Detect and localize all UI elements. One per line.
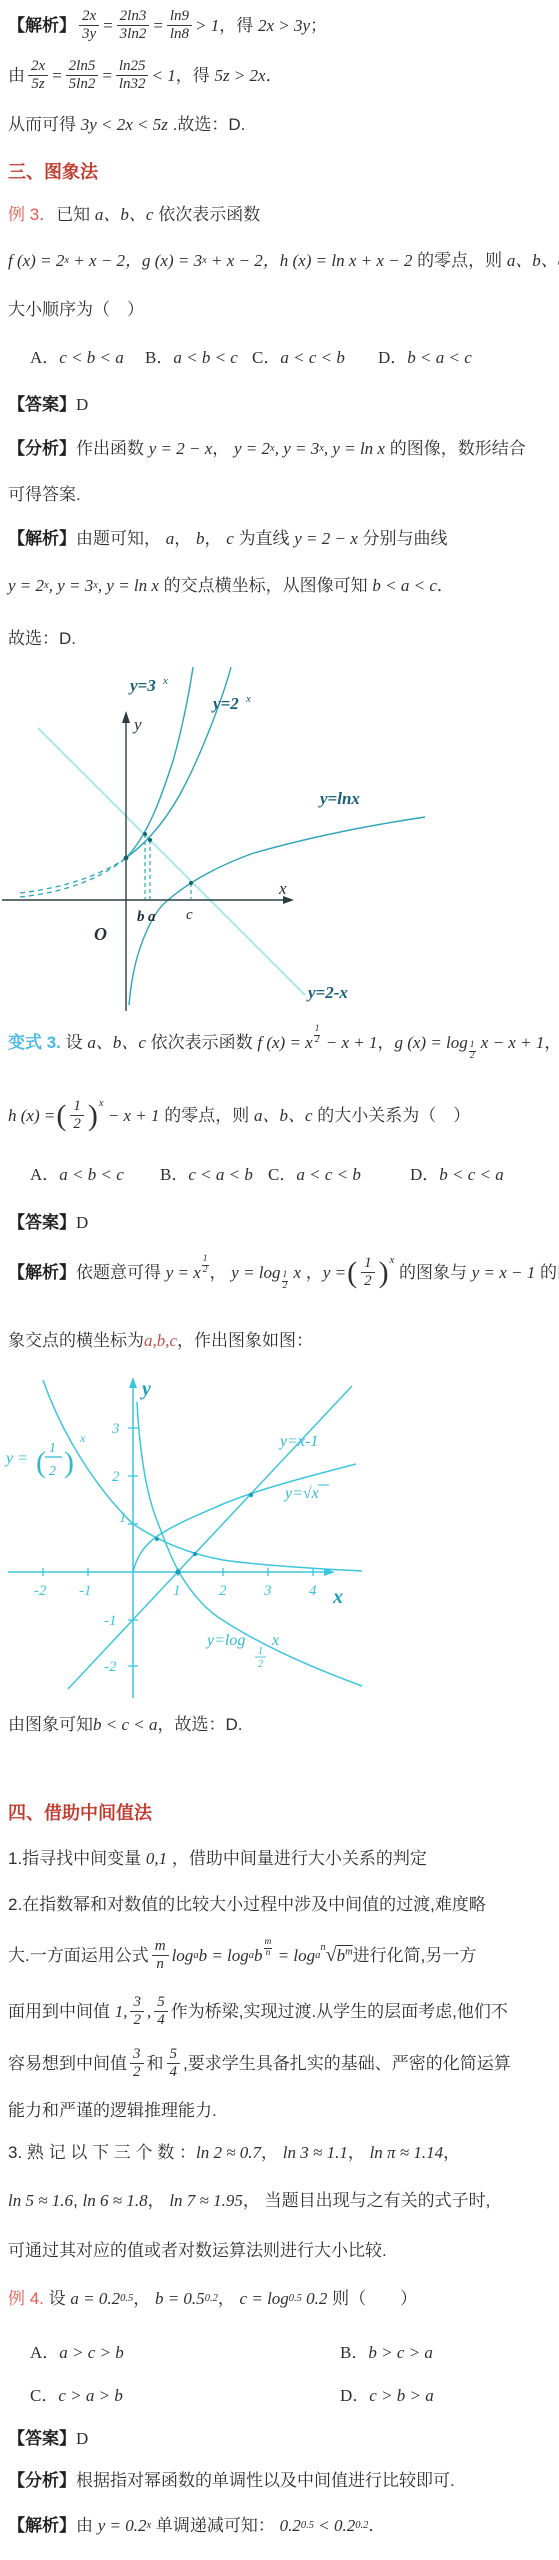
text-segment: 大小顺序为（ ） (8, 299, 144, 320)
math-segment: = (101, 65, 112, 86)
solution-fraction-line-2: 由 2x5z = 2ln55ln2 = ln25ln32 < 1 ，得 5z >… (8, 58, 555, 94)
fraction-denominator: 4 (167, 2064, 181, 2081)
fraction-numerator: ln25 (116, 58, 149, 76)
math-segment: a (166, 528, 175, 549)
text-segment: 设 (44, 2288, 70, 2309)
x-tick-label: -1 (79, 1583, 92, 1599)
text-segment: 容易想到中间值 (8, 2053, 127, 2074)
fraction-denominator: 2 (314, 1036, 321, 1046)
math-segment: b < a < c (372, 575, 437, 596)
fraction-denominator: 3y (79, 26, 99, 43)
fraction-numerator: 3 (130, 2046, 144, 2064)
graph-exp-log-lines: y=3 x y=2 x y y=lnx x O b a c y=2-x (0, 663, 430, 1015)
fraction: ln25ln32 (116, 58, 149, 94)
math-segment: y = (323, 1262, 346, 1283)
math-segment: y = x − 1 (472, 1262, 536, 1283)
exponent: 0.5 (301, 2519, 314, 2532)
fraction: 2ln33ln2 (117, 8, 150, 44)
curve-y-3x-tail (20, 858, 126, 897)
option-a: A．c < b < a (30, 347, 145, 368)
text-segment: 能力和严谨的逻辑推理能力. (8, 2100, 217, 2121)
text-segment: 面用到中间值 (8, 2001, 115, 2022)
option-value: b > c > a (368, 2342, 433, 2363)
math-segment: x (289, 1262, 301, 1283)
text-segment: ， 当题目出现与之有关的式子时, (243, 2190, 490, 2211)
option-b: B．c < a < b (160, 1164, 268, 1185)
solution-line-3b: 象交点的横坐标为 a,b,c ，作出图象如图： (8, 1330, 555, 1351)
text-segment: ， (377, 1032, 394, 1053)
exponent: 0.2 (205, 2292, 218, 2305)
heading-text: 三、图象法 (8, 161, 98, 184)
choose-line-1: 故选：D. (8, 628, 555, 649)
example4-options-ab: A．a > c > b B．b > c > a (8, 2342, 555, 2363)
text-segment: 依次表示函数 (146, 1032, 257, 1053)
label-log-sub-den: 2 (258, 1659, 263, 1670)
option-letter: A． (30, 2342, 59, 2363)
root-index: n (320, 1941, 325, 1954)
text-segment: ， (133, 2288, 155, 2309)
example3-intro: 例 3． 已知 a、b、c 依次表示函数 (8, 204, 555, 225)
math-segment: h (x) = (8, 1105, 55, 1126)
text-segment: 的交点横坐标，从图像可知 (159, 575, 372, 596)
heading-text: 四、借助中间值法 (8, 1802, 152, 1825)
math-segment: log (172, 1945, 194, 1966)
option-value: b < c < a (439, 1164, 504, 1185)
fraction-denominator: 5ln2 (66, 76, 99, 93)
math-segment: y = x (166, 1262, 201, 1283)
answer-label: 【答案】 (8, 1212, 76, 1233)
y-axis-label: y (132, 715, 142, 734)
option-letter: A． (30, 1164, 59, 1185)
option-letter: C． (268, 1164, 296, 1185)
label-y-2x: y=2 (211, 694, 239, 713)
math-segment: a、b、c (507, 250, 559, 271)
option-letter: C． (30, 2385, 58, 2406)
text-segment: ． (368, 2515, 385, 2536)
option-letter: D． (410, 1164, 439, 1185)
label-exp-sup: x (79, 1431, 86, 1445)
math-segment: 0,1 (146, 1848, 167, 1869)
y-tick-label: 3 (111, 1421, 120, 1437)
math-segment: 1, (115, 2001, 128, 2022)
example3-options: A．c < b < a B．a < b < c C．a < c < b D．b … (8, 347, 555, 368)
x-tick-label: -2 (34, 1583, 47, 1599)
fraction-numerator: 2x (28, 58, 48, 76)
note-line-4: 容易想到中间值 32 和 54 ,要求学生具备扎实的基础、严密的化简运算 (8, 2046, 555, 2082)
jiexi-label: 【解析】 (8, 15, 76, 36)
graph-variant3-curves: y = ( 1 2 ) x y=x-1 y=√x y=log 1 2 x x y… (0, 1372, 440, 1704)
math-segment: y = log (231, 1262, 280, 1283)
option-letter: B． (340, 2342, 368, 2363)
y-axis-arrow (129, 1377, 137, 1388)
fraction: 32 (130, 2046, 144, 2082)
fraction-denominator: ln32 (116, 76, 149, 93)
curve-y-2-minus-x (38, 728, 305, 995)
point-b-label: b (137, 909, 145, 925)
example4-tag: 例 4. (8, 2288, 44, 2309)
math-segment: + x − 2， (69, 250, 142, 271)
option-c: C．a < c < b (268, 1164, 410, 1185)
note-line-5: 能力和严谨的逻辑推理能力. (8, 2100, 555, 2121)
fraction: 2x5z (28, 58, 48, 94)
text-segment: ， (348, 2142, 370, 2163)
radicand: bm (337, 1945, 353, 1966)
log-base: 0.5 (289, 2292, 302, 2305)
note-line-2: 2.在指数幂和对数值的比较大小过程中涉及中间值的过渡,难度略 (8, 1894, 555, 1915)
exponent-fraction: mn (264, 1938, 273, 1959)
math-segment: a、b、c (87, 1032, 146, 1053)
intersection-dot-a (148, 838, 152, 842)
text-segment: 和 (147, 2053, 164, 2074)
option-value: c < b < a (59, 347, 124, 368)
label-y-lnx: y=lnx (318, 789, 360, 808)
label-y-3x: y=3 (128, 676, 156, 695)
text-segment: 的图 (535, 1262, 559, 1283)
abc-red-text: a,b,c (144, 1330, 177, 1351)
math-segment: = (102, 15, 113, 36)
text-segment: 可得答案. (8, 484, 81, 505)
radical-sign: √ (326, 1943, 337, 1968)
math-segment: = log (273, 1945, 315, 1966)
fraction-denominator: ln8 (167, 26, 192, 43)
text-segment: ， (210, 1262, 232, 1283)
math-segment: c (226, 528, 234, 549)
text-segment: 单调递减可知： (151, 2515, 279, 2536)
intersection-dot-b (143, 832, 147, 836)
fraction: 54 (167, 2046, 181, 2082)
y-tick-label: -2 (104, 1659, 117, 1675)
math-segment: 0.2 (302, 2288, 328, 2309)
note-line-8: 可通过其对应的值或者对数运算法则进行大小比较. (8, 2240, 555, 2261)
intersection-dot-b (175, 1569, 180, 1574)
label-y-3x-sup: x (162, 675, 168, 687)
x-axis-label: x (278, 879, 287, 898)
math-segment: + x − 2， (207, 250, 280, 271)
fraction-numerator: 2ln5 (66, 58, 99, 76)
fraction-denominator: n (265, 1949, 272, 1959)
fraction-denominator: 2 (130, 2064, 144, 2081)
answer-label: 【答案】 (8, 2428, 76, 2449)
text-segment: 由 (76, 2515, 98, 2536)
point-c-label: c (186, 907, 193, 923)
variant3-tag: 变式 3. (8, 1032, 61, 1053)
label-exp-open-paren: ( (36, 1446, 46, 1479)
text-segment: 设 (61, 1032, 87, 1053)
fenxi-label: 【分析】 (8, 2470, 76, 2491)
fraction-denominator: 2 (202, 1266, 209, 1276)
text-segment: ，作出图象如图： (177, 1330, 313, 1351)
fraction-numerator: ln9 (167, 8, 192, 26)
math-segment: 5z > 2x (214, 65, 265, 86)
fraction: 2ln55ln2 (66, 58, 99, 94)
text-segment: ， (443, 2142, 460, 2163)
math-segment: , y = ln x (98, 575, 159, 596)
text-segment: 为直线 (234, 528, 294, 549)
fraction: mn (152, 1938, 169, 1974)
math-segment: y = 2 (234, 438, 270, 459)
variant3-functions: h (x) = ( 12 ) x − x + 1 的零点，则 a、b、c 的大小… (8, 1098, 555, 1134)
text-segment: , (73, 2190, 82, 2211)
fraction-denominator: 2 (282, 1282, 289, 1292)
jiexi-label: 【解析】 (8, 528, 76, 549)
solution-line-2b: y = 2x , y = 3x , y = ln x 的交点横坐标，从图像可知 … (8, 575, 555, 596)
example4-intro: 例 4. 设 a = 0.20.5 ， b = 0.50.2 ， c = log… (8, 2288, 555, 2309)
math-segment: , y = 3 (49, 575, 94, 596)
math-segment: b (337, 1946, 346, 1965)
exponent: x (99, 1097, 104, 1110)
text-segment: 3. 熟 记 以 下 三 个 数 ： (8, 2142, 196, 2163)
math-segment: y = 0.2 (98, 2515, 147, 2536)
math-segment: b = log (199, 1945, 249, 1966)
math-segment: g (x) = log (394, 1032, 467, 1053)
math-segment: − x + 1 (104, 1105, 160, 1126)
exponent: x (390, 1254, 395, 1267)
note-line-1: 1.指寻找中间变量 0,1 ，借助中间量进行大小关系的判定 (8, 1848, 555, 1869)
label-exp-close-paren: ) (64, 1446, 74, 1479)
note-line-3: 面用到中间值 1, 32 , 54 作为桥梁,实现过渡.从学生的层面考虑,他们不 (8, 1994, 555, 2030)
option-d: D．c > b > a (340, 2385, 434, 2406)
text-segment: ， (174, 528, 196, 549)
math-segment: = (51, 65, 62, 86)
text-segment: ． (437, 575, 454, 596)
point-a-label: a (148, 909, 156, 925)
exponent-fraction: 12 (202, 1255, 209, 1276)
label-sqrt: y=√x (283, 1485, 319, 1502)
fraction-numerator: 3 (130, 1994, 144, 2012)
label-exp-frac-den: 2 (49, 1464, 56, 1479)
x-tick-label: 1 (173, 1583, 181, 1599)
text-segment: ,要求学生具备扎实的基础、严密的化简运算 (183, 2053, 511, 2074)
text-segment: 2.在指数幂和对数值的比较大小过程中涉及中间值的过渡,难度略 (8, 1894, 486, 1915)
answer-label: 【答案】 (8, 394, 76, 415)
label-log-sub-num: 1 (258, 1646, 263, 1657)
fraction-numerator: 1 (361, 1255, 375, 1273)
text-segment: 故选：D. (8, 628, 76, 649)
exponent: 0.2 (355, 2519, 368, 2532)
math-segment: b < c < a (93, 1714, 158, 1735)
example3-functions: f (x) = 2x + x − 2， g (x) = 3x + x − 2， … (8, 250, 555, 271)
y-tick-label: -1 (104, 1613, 117, 1629)
x-tick-label: 2 (219, 1583, 227, 1599)
math-segment: , y = 3 (275, 438, 320, 459)
fraction-denominator: 2 (130, 2012, 144, 2029)
math-segment: f (x) = 2 (8, 250, 64, 271)
jiexi-label: 【解析】 (8, 2515, 76, 2536)
solution-fraction-line-1: 【解析】 2x3y = 2ln33ln2 = ln9ln8 > 1 ，得 2x … (8, 8, 555, 44)
option-value: a < c < b (280, 347, 345, 368)
x-tick-label: 3 (263, 1583, 272, 1599)
fraction-denominator: 3ln2 (117, 26, 150, 43)
math-segment: b (254, 1945, 263, 1966)
math-segment: ln 2 ≈ 0.7 (196, 2142, 261, 2163)
curve-y-3x (126, 667, 193, 858)
math-segment: , (147, 2001, 151, 2022)
text-segment: 大.一方面运用公式 (8, 1945, 149, 1966)
math-segment: y = 2 − x (149, 438, 213, 459)
x-axis-label: x (332, 1586, 343, 1608)
fraction-denominator: n (153, 1956, 167, 1973)
math-segment: 0.2 (280, 2515, 301, 2536)
math-segment: h (x) = ln x + x − 2 (280, 250, 413, 271)
math-segment: c = log (240, 2288, 289, 2309)
answer-line-3: 【答案】 D (8, 2428, 555, 2449)
text-segment: 的图像，数形结合 (385, 438, 526, 459)
math-segment: b (196, 528, 205, 549)
intersection-dot-a (249, 1493, 253, 1497)
fraction: 12 (70, 1098, 84, 1134)
option-letter: A． (30, 347, 59, 368)
text-segment: 从而可得 (8, 114, 81, 135)
variant3-options: A．a < b < c B．c < a < b C．a < c < b D．b … (8, 1164, 555, 1185)
math-segment: ln 6 ≈ 1.8 (83, 2190, 148, 2211)
math-segment: ln 3 ≈ 1.1 (283, 2142, 348, 2163)
math-segment: ln 5 ≈ 1.6 (8, 2190, 73, 2211)
text-segment: ， (204, 528, 226, 549)
y-axis-label: y (140, 1378, 151, 1400)
text-segment: 由题可知， (76, 528, 166, 549)
fraction-numerator: 1 (70, 1098, 84, 1116)
math-segment: y = 2 − x (294, 528, 358, 549)
option-d: D．b < a < c (378, 347, 472, 368)
text-segment: 由图象可知 (8, 1714, 93, 1735)
text-segment: ， (148, 2190, 170, 2211)
intersection-dot-extra (155, 1537, 159, 1541)
analysis-line-2: 【分析】 根据指对幂函数的单调性以及中间值进行比较即可. (8, 2470, 555, 2491)
option-c: C．a < c < b (252, 347, 378, 368)
text-segment: ， (544, 1032, 559, 1053)
math-segment: = (152, 15, 163, 36)
note-line-7: ln 5 ≈ 1.6 , ln 6 ≈ 1.8 ， ln 7 ≈ 1.95 ， … (8, 2190, 555, 2211)
option-letter: D． (378, 347, 407, 368)
math-segment: a、b、c (254, 1105, 313, 1126)
option-b: B．b > c > a (340, 2342, 433, 2363)
math-segment: g (x) = 3 (142, 250, 202, 271)
example4-options-cd: C．c > a > b D．c > b > a (8, 2385, 555, 2406)
y-tick-label: 2 (112, 1469, 120, 1485)
fraction: ln9ln8 (167, 8, 192, 44)
answer-value: D (76, 2428, 88, 2449)
text-segment: 可通过其对应的值或者对数运算法则进行大小比较. (8, 2240, 387, 2261)
fraction-denominator: 2 (361, 1273, 375, 1290)
curve-y-lnx (129, 817, 425, 1005)
math-segment: > 1 (195, 15, 219, 36)
math-segment: < 1 (151, 65, 175, 86)
answer-value: D (76, 1212, 88, 1233)
option-value: a < b < c (173, 347, 238, 368)
exponent-fraction: 12 (314, 1025, 321, 1046)
analysis-line-1: 【分析】 作出函数 y = 2 − x ， y = 2x , y = 3x , … (8, 438, 555, 459)
solution-line-3a: 【解析】 依题意可得 y = x 12 ， y = log 12 x ， y =… (8, 1255, 555, 1291)
close-paren: ) (88, 1104, 98, 1128)
text-segment: 由 (8, 65, 25, 86)
log-base-fraction: 12 (469, 1041, 476, 1062)
text-segment: 1.指寻找中间变量 (8, 1848, 146, 1869)
fenxi-label: 【分析】 (8, 438, 76, 459)
option-value: c > a > b (58, 2385, 123, 2406)
text-segment: ，得 (176, 65, 215, 86)
text-segment: ，得 (219, 15, 258, 36)
math-segment: < 0.2 (314, 2515, 355, 2536)
answer-line-1: 【答案】 D (8, 394, 555, 415)
note-formula-line: 大.一方面运用公式 mn loga b = loga b mn = loga n… (8, 1938, 555, 1974)
example3-tag: 例 3． (8, 204, 56, 225)
text-segment: 已知 (56, 204, 95, 225)
fraction: 12 (361, 1255, 375, 1291)
option-value: a < c < b (296, 1164, 361, 1185)
fraction-numerator: 2x (79, 8, 99, 26)
math-segment: ln π ≈ 1.14 (370, 2142, 444, 2163)
math-segment: a、b、c (95, 204, 154, 225)
option-value: b < a < c (407, 347, 472, 368)
option-value: c > b > a (369, 2385, 434, 2406)
text-segment: 的图象与 (394, 1262, 471, 1283)
close-paren: ) (379, 1261, 389, 1285)
fraction-denominator: 2 (469, 1052, 476, 1062)
option-a: A．a < b < c (30, 1164, 160, 1185)
fraction-numerator: m (152, 1938, 169, 1956)
y-axis-arrow (122, 711, 130, 723)
example3-question: 大小顺序为（ ） (8, 299, 555, 320)
analysis-line-1b: 可得答案. (8, 484, 555, 505)
text-segment: ， (261, 2142, 283, 2163)
y-tick-label: 1 (119, 1510, 127, 1526)
answer-value: D (76, 394, 88, 415)
text-segment: .故选：D. (168, 114, 245, 135)
text-segment: 的大小关系为（ ） (313, 1105, 471, 1126)
intersection-dot-c (189, 881, 193, 885)
fraction-denominator: 5z (28, 76, 47, 93)
math-segment: 3y < 2x < 5z (81, 114, 168, 135)
option-value: a < b < c (59, 1164, 124, 1185)
label-log-pre: y=log (205, 1632, 245, 1649)
text-segment: 作为桥梁,实现过渡.从学生的层面考虑,他们不 (171, 2001, 508, 2022)
text-segment: 则（ ） (327, 2288, 417, 2309)
option-letter: B． (160, 1164, 188, 1185)
conclusion-line-2: 由图象可知 b < c < a ，故选：D. (8, 1714, 555, 1735)
label-exp-pre: y = (4, 1450, 28, 1467)
fraction-numerator: 2ln3 (117, 8, 150, 26)
exponent: 0.5 (120, 2292, 133, 2305)
text-segment: 象交点的横坐标为 (8, 1330, 144, 1351)
jiexi-label: 【解析】 (8, 1262, 76, 1283)
text-segment: ， (218, 2288, 240, 2309)
open-paren: ( (347, 1261, 357, 1285)
curve-y-2x-tail (20, 858, 126, 893)
open-paren: ( (56, 1104, 66, 1128)
option-b: B．a < b < c (145, 347, 252, 368)
math-segment: x − x + 1 (477, 1032, 545, 1053)
option-letter: B． (145, 347, 173, 368)
label-exp-frac-num: 1 (49, 1441, 56, 1456)
label-y-2-minus-x: y=2-x (306, 983, 348, 1002)
label-line: y=x-1 (278, 1433, 318, 1450)
x-tick-label: 4 (309, 1583, 317, 1599)
fraction: 54 (154, 1994, 168, 2030)
exponent: m (345, 1946, 353, 1957)
intersection-dot-c (193, 1552, 197, 1556)
math-segment: a = 0.2 (70, 2288, 120, 2309)
text-segment: ，故选：D. (158, 1714, 243, 1735)
math-segment: , y = ln x (324, 438, 385, 459)
option-letter: C． (252, 347, 280, 368)
fraction: 2x3y (79, 8, 99, 44)
fraction-denominator: 4 (154, 2012, 168, 2029)
solution-line-2a: 【解析】 由题可知， a ， b ， c 为直线 y = 2 − x 分别与曲线 (8, 528, 555, 549)
text-segment: ； (310, 15, 327, 36)
section-heading-intermediate-value: 四、借助中间值法 (8, 1802, 555, 1825)
text-segment: 进行化简,另一方 (353, 1945, 477, 1966)
option-d: D．b < c < a (410, 1164, 504, 1185)
